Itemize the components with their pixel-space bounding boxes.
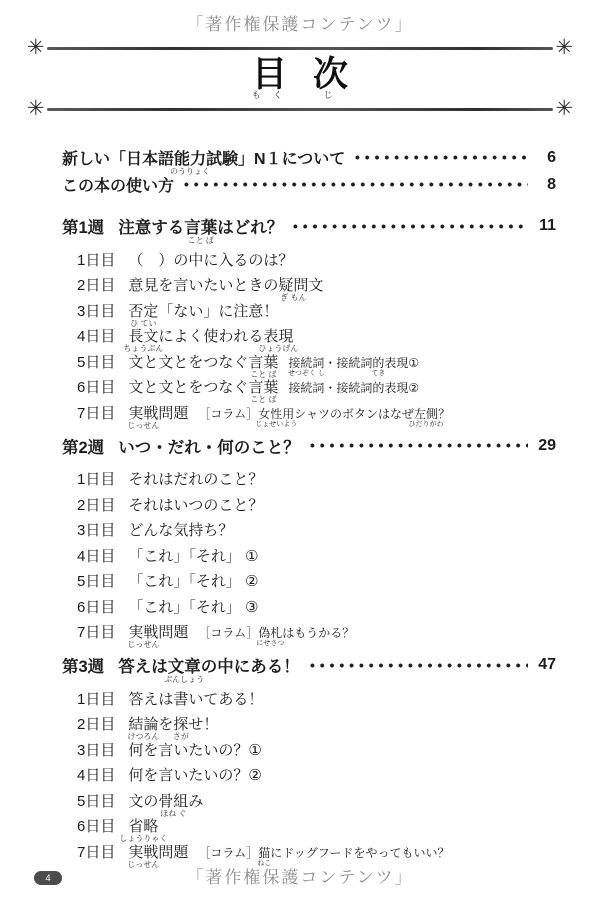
day-label: 1日目 [77,688,115,709]
day-label: 6日目 [77,815,115,836]
toc-entry-page-number: 6 [536,149,556,167]
rule-line [47,108,554,111]
day-title: 答えは書いてある！ [128,688,263,709]
day-label: 3日目 [77,300,115,321]
day-label: 4日目 [77,545,115,566]
dot-leader [293,224,528,229]
toc-day-entry: 7日目 実戦じっせん問題 ［コラム］猫ねこにドッグフードをやってもいい？ [77,841,556,857]
day-subtitle: ［コラム］猫ねこにドッグフードをやってもいい？ [198,844,449,861]
day-title: 実戦じっせん問題 [128,621,188,642]
toc-day-entry: 2日目 それはいつのこと？ [77,494,556,510]
toc-day-entry: 6日目 「これ」「それ」 ③ [77,596,556,612]
toc-week-section: 第1週 注意する言葉こと ばはどれ？ 11 1日目 （ ）の中に入るのは？ 2日… [62,213,556,418]
decorative-rule-top: ✳ ✳ [0,41,600,55]
toc-entry-title: この本の使い方 [62,173,174,196]
day-subtitle: 接続詞・接続詞的表現② [288,379,419,396]
copyright-watermark-top: 「著作権保護コンテンツ」 [0,14,600,35]
book-page: 「著作権保護コンテンツ」 ✳ ✳ 目も く次じ ✳ ✳ 新しい「日本語能力のうり… [0,0,600,899]
day-label: 7日目 [77,402,115,423]
day-label: 5日目 [77,570,115,591]
toc-day-entry: 4日目 「これ」「それ」 ① [77,545,556,561]
day-label: 4日目 [77,764,115,785]
asterisk-icon: ✳ [555,41,573,55]
dot-leader [184,182,528,187]
asterisk-icon: ✳ [27,102,45,116]
toc: 新しい「日本語能力のうりょく試験」N１について 6 この本の使い方 8 第1週 … [0,144,600,857]
toc-entry: この本の使い方 8 [62,171,556,198]
day-subtitle: 接続詞せつぞく し・接続詞的てき表現① [288,354,419,371]
week-days: 1日目 答えは書いてある！ 2日目 結論けつろんを探さがせ！ 3日目 何を言いた… [77,688,556,857]
day-label: 6日目 [77,376,115,397]
day-title: 実戦じっせん問題 [128,841,188,862]
day-title: どんな気持ち？ [128,519,233,540]
week-title: 注意する言葉こと ばはどれ？ [118,214,283,238]
decorative-rule-bottom: ✳ ✳ [0,102,600,116]
day-title: 省略しょうりゃく [128,815,158,836]
day-label: 5日目 [77,351,115,372]
day-title: それはいつのこと？ [128,494,263,515]
copyright-watermark-bottom: 「著作権保護コンテンツ」 [0,867,600,889]
day-title: 「これ」「それ」 ② [128,570,258,591]
day-title: 何を言いたいの？① [128,739,261,760]
toc-week-section: 第2週 いつ・だれ・何のこと？ 29 1日目 それはだれのこと？ 2日目 それは… [62,433,556,638]
day-title: 「これ」「それ」 ① [128,545,258,566]
toc-day-entry: 1日目 それはだれのこと？ [77,468,556,484]
day-subtitle: ［コラム］偽札にせさつはもうかる？ [198,624,354,641]
day-title: 結論けつろんを探さがせ！ [128,713,218,734]
week-label: 第2週 [62,434,104,458]
toc-week-header: 第2週 いつ・だれ・何のこと？ 29 [62,433,556,459]
dot-leader [310,443,528,448]
title-block: ✳ ✳ 目も く次じ ✳ ✳ [0,41,600,116]
toc-day-entry: 7日目 実戦じっせん問題 ［コラム］女性用じょせいようシャツのボタンはなぜ左側ひ… [77,402,556,418]
toc-day-entry: 5日目 「これ」「それ」 ② [77,570,556,586]
day-label: 1日目 [77,468,115,489]
toc-entry: 新しい「日本語能力のうりょく試験」N１について 6 [62,144,556,171]
day-label: 4日目 [77,325,115,346]
day-label: 7日目 [77,621,115,642]
day-title: 「これ」「それ」 ③ [128,596,258,617]
day-label: 3日目 [77,739,115,760]
asterisk-icon: ✳ [27,41,45,55]
day-title: 長文ちょうぶんによく使われる表現ひょうげん [128,325,293,346]
toc-week-section: 第3週 答えは文章ぶんしょうの中にある！ 47 1日目 答えは書いてある！ 2日… [62,652,556,857]
day-title: 意見を言いたいときの疑問ぎ もん文 [128,274,323,295]
toc-day-entry: 6日目 省略しょうりゃく [77,815,556,831]
day-title: 文と文とをつなぐ言葉こと ば [128,376,278,397]
week-label: 第3週 [62,653,104,677]
week-days: 1日目 それはだれのこと？ 2日目 それはいつのこと？ 3日目 どんな気持ち？ … [77,468,556,637]
week-label: 第1週 [62,214,104,238]
day-label: 5日目 [77,790,115,811]
day-title: 否定ひ てい「ない」に注意！ [128,300,278,321]
day-title: 何を言いたいの？② [128,764,261,785]
week-title: いつ・だれ・何のこと？ [118,434,300,458]
toc-day-entry: 4日目 何を言いたいの？② [77,764,556,780]
day-label: 7日目 [77,841,115,862]
toc-day-entry: 2日目 意見を言いたいときの疑問ぎ もん文 [77,274,556,290]
page-title: 目も く次じ [0,55,600,102]
day-label: 6日目 [77,596,115,617]
toc-day-entry: 4日目 長文ちょうぶんによく使われる表現ひょうげん [77,325,556,341]
toc-entry-page-number: 8 [536,176,556,194]
day-title: 文の骨組ほね ぐみ [128,790,203,811]
toc-entry-page-number: 29 [536,437,556,455]
toc-week-header: 第3週 答えは文章ぶんしょうの中にある！ 47 [62,652,556,678]
asterisk-icon: ✳ [555,102,573,116]
page-number-badge: 4 [34,871,62,885]
toc-day-entry: 5日目 文の骨組ほね ぐみ [77,790,556,806]
toc-day-entry: 3日目 どんな気持ち？ [77,519,556,535]
day-label: 1日目 [77,249,115,270]
day-label: 3日目 [77,519,115,540]
rule-line [47,47,554,50]
day-label: 2日目 [77,494,115,515]
toc-day-entry: 6日目 文と文とをつなぐ言葉こと ば 接続詞・接続詞的表現② [77,376,556,392]
toc-entry-title: 新しい「日本語能力のうりょく試験」N１について [62,146,345,169]
toc-week-header: 第1週 注意する言葉こと ばはどれ？ 11 [62,213,556,239]
day-subtitle: ［コラム］女性用じょせいようシャツのボタンはなぜ左側ひだりがわ？ [198,405,450,422]
toc-day-entry: 2日目 結論けつろんを探さがせ！ [77,713,556,729]
toc-entry-page-number: 11 [536,217,556,235]
dot-leader [355,155,528,160]
page-footer: 4 「著作権保護コンテンツ」 [0,867,600,889]
day-label: 2日目 [77,713,115,734]
toc-day-entry: 7日目 実戦じっせん問題 ［コラム］偽札にせさつはもうかる？ [77,621,556,637]
day-title: 実戦じっせん問題 [128,402,188,423]
toc-day-entry: 1日目 （ ）の中に入るのは？ [77,249,556,265]
toc-entry-page-number: 47 [536,656,556,674]
day-label: 2日目 [77,274,115,295]
week-days: 1日目 （ ）の中に入るのは？ 2日目 意見を言いたいときの疑問ぎ もん文 3日… [77,249,556,418]
day-title: （ ）の中に入るのは？ [128,249,293,270]
day-title: それはだれのこと？ [128,468,263,489]
toc-day-entry: 1日目 答えは書いてある！ [77,688,556,704]
dot-leader [310,663,528,668]
day-title: 文と文とをつなぐ言葉こと ば [128,351,278,372]
toc-day-entry: 3日目 否定ひ てい「ない」に注意！ [77,300,556,316]
week-title: 答えは文章ぶんしょうの中にある！ [118,653,300,677]
